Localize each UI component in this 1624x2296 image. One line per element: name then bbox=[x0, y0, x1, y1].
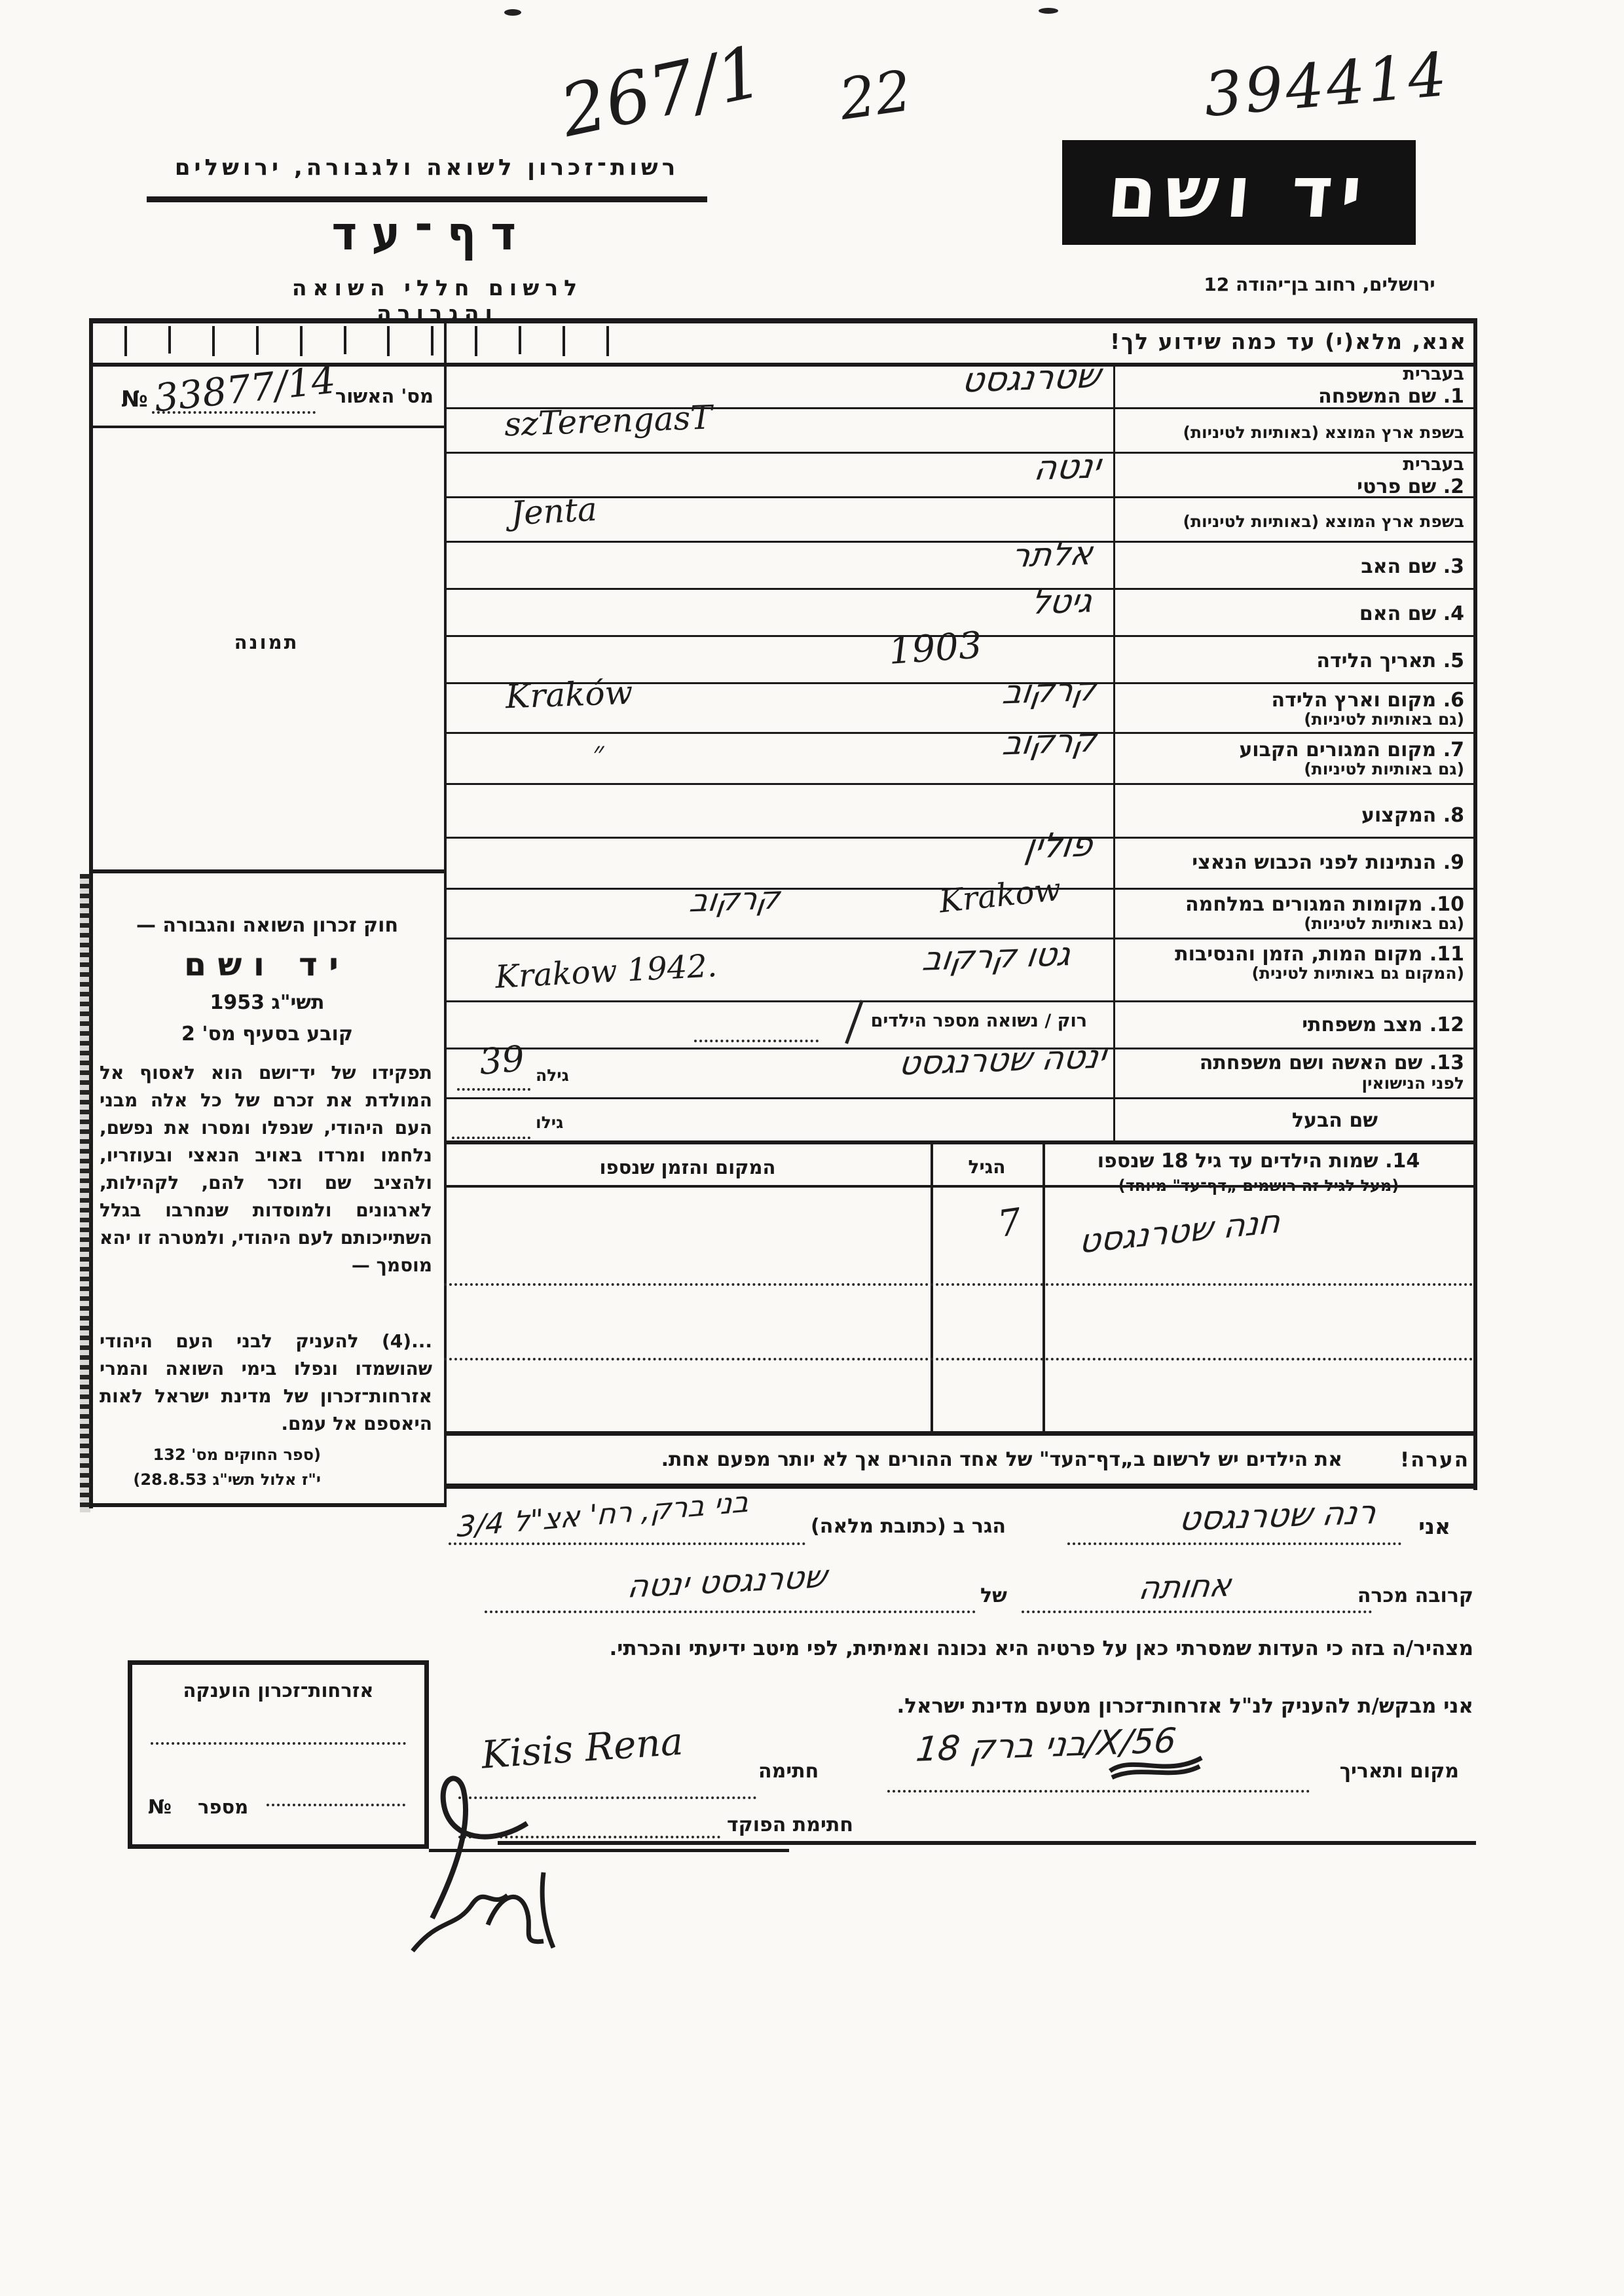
field12-label: 12. מצב משפחתי bbox=[1302, 1013, 1464, 1036]
page-of-testimony-scan: 267/1 22 394414 רשות־זכרון לשואה ולגבורה… bbox=[0, 0, 1624, 2296]
field7-sublabel: (גם באותיות לטיניות) bbox=[1304, 759, 1464, 778]
label-column-divider bbox=[1113, 365, 1115, 1140]
children-row-line-1 bbox=[444, 1283, 1473, 1286]
children-row-line-2 bbox=[444, 1358, 1473, 1360]
yad-vashem-logo: יד ושם bbox=[1062, 140, 1416, 245]
place-date-line bbox=[887, 1790, 1310, 1793]
form-title: דף־עד bbox=[334, 206, 530, 261]
field9-number: 9. bbox=[1443, 851, 1464, 874]
field13-label: 13. שם האשה ושם משפחתה bbox=[1200, 1051, 1464, 1074]
law-heading: חוק זכרון השואה והגבורה — bbox=[100, 914, 435, 937]
witness-address-line bbox=[449, 1542, 805, 1545]
field2-language-note: בעברית bbox=[1403, 454, 1464, 475]
field13-text: שם האשה ושם משפחתה bbox=[1200, 1051, 1423, 1074]
field4-text: שם האם bbox=[1359, 602, 1436, 625]
field5-number: 5. bbox=[1443, 649, 1464, 672]
field1-latin-label: בשפת ארץ המוצא (באותיות לטיניות) bbox=[1183, 423, 1464, 442]
law-year: תשי"ג 1953 bbox=[100, 991, 435, 1014]
value-surname-hebrew: שטרנגסט bbox=[960, 356, 1103, 400]
field11-sublabel: (המקום גם באותיות לטינית) bbox=[1251, 964, 1464, 983]
bottom-rule-long bbox=[498, 1841, 1476, 1845]
fill-in-instruction: אנא, מלא(י) עד כמה שידוע לך! bbox=[1008, 329, 1467, 354]
field8-text: המקצוע bbox=[1361, 804, 1436, 827]
field-rule-4 bbox=[444, 541, 1473, 543]
field10-number: 10. bbox=[1430, 893, 1464, 916]
field1-text: שם המשפחה bbox=[1318, 385, 1436, 408]
value-father-name: אלתר bbox=[1009, 534, 1096, 575]
field1-label: 1. שם המשפחה bbox=[1318, 385, 1464, 408]
field-rule-9 bbox=[444, 783, 1473, 785]
photo-box-bottom-rule bbox=[89, 869, 447, 873]
law-reference-line1: (ספר החוקים מס' 132 bbox=[98, 1446, 321, 1464]
her-age-line bbox=[457, 1088, 530, 1091]
field-rule-15 bbox=[444, 1097, 1473, 1099]
value-birthplace-latin: Kraków bbox=[505, 674, 633, 716]
date-scribble bbox=[1107, 1741, 1205, 1787]
field8-label: 8. המקצוע bbox=[1361, 804, 1464, 827]
approval-no-symbol: № bbox=[121, 386, 148, 412]
field11-label: 11. מקום המות, הזמן והנסיבות bbox=[1175, 943, 1464, 966]
approval-strip-bottom-rule bbox=[89, 426, 447, 428]
official-signature-label: חתימת הפוקד bbox=[727, 1813, 853, 1836]
field3-number: 3. bbox=[1443, 555, 1464, 578]
field5-label: 5. תאריך הלידה bbox=[1316, 649, 1464, 672]
ink-speckle bbox=[504, 9, 521, 16]
his-age-label: גילו bbox=[536, 1113, 563, 1132]
field2-latin-label: בשפת ארץ המוצא (באותיות לטיניות) bbox=[1183, 512, 1464, 531]
children-table-col-divider-age-right bbox=[1043, 1140, 1045, 1431]
ink-speckle bbox=[1039, 8, 1058, 14]
declaration-statement: מצהיר/ה בזה כי העדות שמסרתי כאן על פרטיה… bbox=[485, 1637, 1473, 1660]
field8-number: 8. bbox=[1443, 804, 1464, 827]
box-right-border bbox=[1473, 318, 1477, 1490]
witness-name-handwritten: רנה שטרנגסט bbox=[1177, 1493, 1378, 1538]
field-rule-5 bbox=[444, 588, 1473, 590]
note-label: הערה! bbox=[1400, 1448, 1469, 1472]
value-birth-year: 1903 bbox=[887, 624, 984, 673]
field4-label: 4. שם האם bbox=[1359, 602, 1464, 625]
field7-number: 7. bbox=[1443, 738, 1464, 761]
law-logo-text: יד ושם bbox=[100, 947, 435, 983]
field14-number: 14. bbox=[1385, 1150, 1420, 1173]
field10-sublabel: (גם באותיות לטיניות) bbox=[1304, 914, 1464, 933]
value-residence-ditto-mark: ״ bbox=[593, 735, 604, 770]
value-firstname-latin: Jenta bbox=[510, 490, 599, 533]
marital-status-handwritten-mark bbox=[845, 1000, 864, 1044]
punch-tick-row bbox=[124, 326, 609, 357]
box-top-border bbox=[89, 318, 1477, 323]
field2-label: 2. שם פרטי bbox=[1357, 475, 1464, 498]
place-date-label: מקום ותאריך bbox=[1340, 1760, 1459, 1783]
field5-text: תאריך הלידה bbox=[1316, 649, 1436, 672]
of-label: של bbox=[980, 1584, 1007, 1607]
value-nationality: פולין bbox=[1022, 825, 1095, 867]
value-firstname-hebrew: ינטה bbox=[1031, 446, 1103, 488]
law-section: קובע בסעיף מס' 2 bbox=[100, 1023, 435, 1046]
value-wartime-residence-latin: Krakow bbox=[937, 871, 1062, 920]
authority-underline bbox=[147, 196, 707, 202]
witness-name-line bbox=[1067, 1542, 1401, 1545]
field-rule-2 bbox=[444, 452, 1473, 454]
value-surname-latin: szTerengasT bbox=[504, 398, 712, 443]
marital-status-options: רוק / נשואה מספר הילדים bbox=[871, 1011, 1087, 1031]
children-table-top-rule bbox=[444, 1140, 1473, 1144]
bottom-flourish-scribble bbox=[481, 1866, 566, 1951]
field3-text: שם האב bbox=[1361, 555, 1436, 578]
field11-number: 11. bbox=[1430, 943, 1464, 966]
husband-name-label: שם הבעל bbox=[1292, 1109, 1378, 1132]
field-rule-3 bbox=[444, 496, 1473, 498]
handwritten-page-number: 22 bbox=[836, 58, 915, 133]
field14-title: שמות הילדים עד גיל 18 שנספו bbox=[1098, 1150, 1378, 1173]
value-her-age: 39 bbox=[477, 1038, 526, 1083]
law-body-paragraph: תפקידו של יד־ושם הוא לאסוף אל המולדת את … bbox=[100, 1059, 432, 1279]
field6-text: מקום וארץ הלידה bbox=[1272, 689, 1437, 712]
citizenship-request: אני מבקש/ת להעניק לנ"ל אזרחות־זכרון מטעם… bbox=[485, 1694, 1473, 1718]
residing-label: הגר ב (כתובת מלאה) bbox=[811, 1515, 1006, 1538]
relation-handwritten: אחותה bbox=[1137, 1567, 1234, 1607]
children-table-age-header: הגיל bbox=[931, 1156, 1043, 1178]
law-column-bottom-rule bbox=[89, 1503, 447, 1507]
field7-text: מקום המגורים הקבוע bbox=[1239, 738, 1436, 761]
field3-label: 3. שם האב bbox=[1361, 555, 1464, 578]
children-table-names-header: 14. שמות הילדים עד גיל 18 שנספו (מעל לגי… bbox=[1048, 1150, 1469, 1195]
field9-text: הנתינות לפני הכבוש הנאצי bbox=[1192, 851, 1436, 874]
value-death-place-hebrew: גטו קרקוב bbox=[920, 935, 1073, 978]
field1-language-note: בעברית bbox=[1403, 364, 1464, 384]
her-age-label: גילה bbox=[536, 1066, 569, 1085]
related-name-handwritten: שטרנגסט ינטה bbox=[625, 1558, 828, 1605]
relation-line bbox=[1022, 1611, 1372, 1613]
value-wife-name: ינטה שטרנגסט bbox=[896, 1038, 1109, 1083]
field13-sublabel: לפני הנישואין bbox=[1361, 1074, 1464, 1093]
approval-number-label: מס' האשור bbox=[321, 385, 434, 407]
field11-text: מקום המות, הזמן והנסיבות bbox=[1175, 943, 1422, 966]
handwritten-file-number: 267/1 bbox=[553, 31, 769, 153]
witness-address-handwritten: בני ברק, רח' אצ"ל 3/4 bbox=[456, 1485, 750, 1544]
memorial-citizenship-grant-box: אזרחות־זכרון הוענקה № מספר bbox=[128, 1660, 429, 1849]
field4-number: 4. bbox=[1443, 602, 1464, 625]
children-table-header-bottom-rule bbox=[444, 1185, 1473, 1188]
field12-text: מצב משפחתי bbox=[1302, 1013, 1422, 1036]
his-age-line bbox=[452, 1137, 530, 1139]
grant-box-number-line bbox=[267, 1804, 405, 1806]
photo-placeholder-label: תמונה bbox=[89, 631, 444, 653]
note-text: את הילדים יש לרשום ב„דף־העד" של אחד ההור… bbox=[439, 1448, 1342, 1471]
field10-text: מקומות המגורים במלחמה bbox=[1185, 893, 1422, 916]
law-clause-paragraph: ...(4) להעניק לבני העם היהודי שהושמדו ונ… bbox=[100, 1328, 432, 1438]
field-rule-13 bbox=[444, 1000, 1473, 1002]
note-bottom-rule bbox=[444, 1484, 1477, 1489]
value-mother-name: גיטל bbox=[1029, 581, 1095, 621]
value-birthplace-hebrew: קרקוב bbox=[1001, 670, 1099, 712]
children-table-place-header: המקום והזמן שנספו bbox=[444, 1156, 931, 1178]
declarant-i-label: אני bbox=[1418, 1514, 1450, 1539]
grant-box-line bbox=[151, 1742, 406, 1745]
field10-label: 10. מקומות המגורים במלחמה bbox=[1185, 893, 1464, 916]
field6-sublabel: (גם באותיות לטיניות) bbox=[1304, 710, 1464, 729]
grant-box-title: אזרחות־זכרון הוענקה bbox=[132, 1679, 424, 1702]
scan-edge-speckle bbox=[80, 874, 90, 1512]
child-name-entry: חנה שטרנגסט bbox=[1078, 1202, 1282, 1260]
field2-number: 2. bbox=[1443, 475, 1464, 498]
field13-number: 13. bbox=[1430, 1051, 1464, 1074]
children-table-col-divider-age-left bbox=[931, 1140, 933, 1431]
value-wartime-residence-hebrew: קרקוב bbox=[688, 880, 783, 920]
field12-number: 12. bbox=[1430, 1013, 1464, 1036]
grant-box-number-label: מספר bbox=[198, 1796, 248, 1818]
children-table-bottom-rule bbox=[444, 1431, 1473, 1436]
authority-name: רשות־זכרון לשואה ולגבורה, ירושלים bbox=[149, 155, 705, 181]
handwritten-registry-number: 394414 bbox=[1201, 39, 1452, 130]
field7-label: 7. מקום המגורים הקבוע bbox=[1239, 738, 1464, 761]
field9-label: 9. הנתינות לפני הכבוש הנאצי bbox=[1192, 851, 1464, 874]
field6-label: 6. מקום וארץ הלידה bbox=[1272, 689, 1464, 712]
relative-label: קרובה מכרה bbox=[1357, 1584, 1473, 1607]
value-death-place-latin: Krakow 1942. bbox=[494, 947, 718, 996]
approval-number-line bbox=[152, 411, 316, 414]
yad-vashem-logo-text: יד ושם bbox=[1105, 152, 1373, 234]
field2-text: שם פרטי bbox=[1357, 475, 1436, 498]
office-address: ירושלים, רחוב בן־יהודה 12 bbox=[1198, 274, 1441, 295]
field1-number: 1. bbox=[1443, 385, 1464, 408]
marital-status-line bbox=[694, 1040, 819, 1042]
law-reference-line2: י"ז אלול תשי"ג 28.8.53) bbox=[98, 1470, 321, 1489]
related-name-line bbox=[485, 1611, 976, 1613]
value-residence-hebrew: קרקוב bbox=[1001, 721, 1099, 763]
grant-box-no-symbol: № bbox=[148, 1796, 172, 1819]
field-rule-8 bbox=[444, 732, 1473, 734]
signature-label: חתימה bbox=[758, 1760, 819, 1783]
field-rule-10 bbox=[444, 837, 1473, 839]
field6-number: 6. bbox=[1443, 689, 1464, 712]
child-age-entry: 7 bbox=[995, 1201, 1024, 1246]
